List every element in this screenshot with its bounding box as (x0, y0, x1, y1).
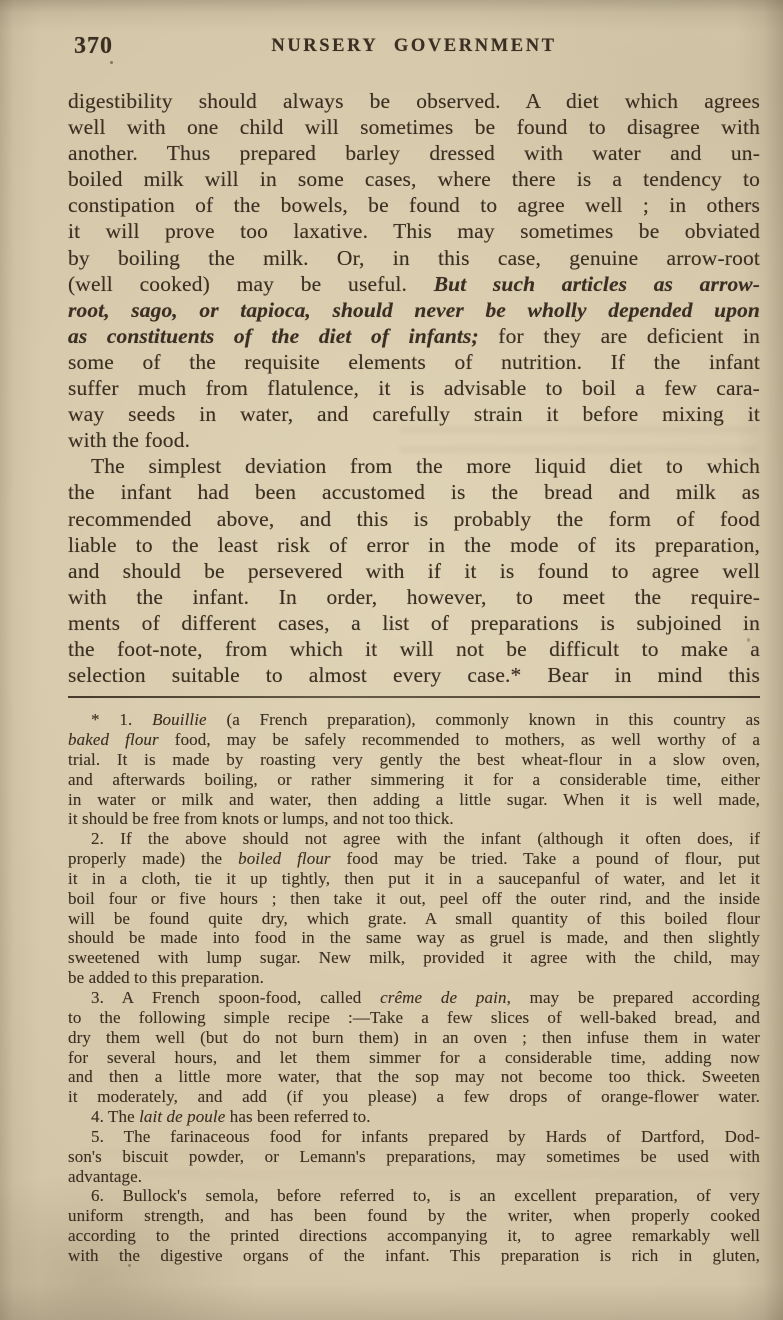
footnote-paragraph: 5. The farinaceous food for infants prep… (68, 1127, 760, 1187)
text-line: ments of different cases, a list of prep… (68, 610, 760, 636)
text-line: with the infant. In order, however, to m… (68, 584, 760, 610)
text-line: with the food. (68, 427, 760, 453)
text-line: it moderately, and add (if you please) a… (68, 1087, 760, 1107)
text-line: the infant had been accustomed is the br… (68, 479, 760, 505)
text-line: to the following simple recipe :—Take a … (68, 1008, 760, 1028)
page-header: 370 NURSERY GOVERNMENT (68, 33, 760, 60)
footnote-paragraph: * 1. Bouillie (a French preparation), co… (68, 710, 760, 829)
text-line: some of the requisite elements of nutrit… (68, 349, 760, 375)
text-line: trial. It is made by roasting very gentl… (68, 750, 760, 770)
text-line: it should be free from knots or lumps, a… (68, 809, 760, 829)
body-paragraph: digestibility should always be observed.… (68, 88, 760, 453)
text-line: * 1. Bouillie (a French preparation), co… (68, 710, 760, 730)
text-line: and then a little more water, that the s… (68, 1067, 760, 1087)
text-line: should be made into food in the same way… (68, 928, 760, 948)
text-line: root, sago, or tapioca, should never be … (68, 297, 760, 323)
text-line: dry them well (but do not burn them) in … (68, 1028, 760, 1048)
text-line: suffer much from flatulence, it is advis… (68, 375, 760, 401)
text-line: it in a cloth, tie it up tightly, then p… (68, 869, 760, 889)
text-line: uniform strength, and has been found by … (68, 1206, 760, 1226)
text-line: constipation of the bowels, be found to … (68, 192, 760, 218)
text-line: by boiling the milk. Or, in this case, g… (68, 245, 760, 271)
text-line: boil four or five hours ; then take it o… (68, 889, 760, 909)
text-line: for several hours, and let them simmer f… (68, 1048, 760, 1068)
ink-speck (747, 638, 750, 642)
text-line: digestibility should always be observed.… (68, 88, 760, 114)
book-page-scan: 370 NURSERY GOVERNMENT digestibility sho… (0, 0, 783, 1320)
body-text: digestibility should always be observed.… (68, 88, 760, 688)
text-line: 4. The lait de poule has been referred t… (68, 1107, 760, 1127)
ink-speck (110, 61, 113, 64)
running-head: NURSERY GOVERNMENT (68, 33, 760, 60)
text-line: sweetened with lump sugar. New milk, pro… (68, 948, 760, 968)
text-line: The simplest deviation from the more liq… (68, 453, 760, 479)
text-line: with the digestive organs of the infant.… (68, 1246, 760, 1266)
text-line: it will prove too laxative. This may som… (68, 218, 760, 244)
text-line: (well cooked) may be useful. But such ar… (68, 271, 760, 297)
footnote-paragraph: 6. Bullock's semola, before referred to,… (68, 1186, 760, 1265)
ink-speck (250, 97, 252, 99)
text-line: and afterwards boiling, or rather simmer… (68, 770, 760, 790)
text-line: son's biscuit powder, or Lemann's prepar… (68, 1147, 760, 1167)
text-line: recommended above, and this is probably … (68, 506, 760, 532)
footnote-paragraph: 4. The lait de poule has been referred t… (68, 1107, 760, 1127)
text-line: another. Thus prepared barley dressed wi… (68, 140, 760, 166)
body-paragraph: The simplest deviation from the more liq… (68, 453, 760, 688)
footnote-paragraph: 3. A French spoon-food, called crême de … (68, 988, 760, 1107)
page-number: 370 (74, 33, 113, 59)
text-column: 370 NURSERY GOVERNMENT digestibility sho… (68, 0, 760, 1266)
text-line: 2. If the above should not agree with th… (68, 829, 760, 849)
text-line: advantage. (68, 1167, 760, 1187)
text-line: baked flour food, may be safely recommen… (68, 730, 760, 750)
text-line: way seeds in water, and carefully strain… (68, 401, 760, 427)
footnotes-section: * 1. Bouillie (a French preparation), co… (68, 710, 760, 1266)
text-line: well with one child will sometimes be fo… (68, 114, 760, 140)
text-line: and should be persevered with if it is f… (68, 558, 760, 584)
text-line: according to the printed directions acco… (68, 1226, 760, 1246)
text-line: in water or milk and water, then adding … (68, 790, 760, 810)
text-line: properly made) the boiled flour food may… (68, 849, 760, 869)
ink-speck (128, 1264, 131, 1267)
text-line: boiled milk will in some cases, where th… (68, 166, 760, 192)
footnote-paragraph: 2. If the above should not agree with th… (68, 829, 760, 988)
text-line: as constituents of the diet of infants; … (68, 323, 760, 349)
text-line: 6. Bullock's semola, before referred to,… (68, 1186, 760, 1206)
text-line: 3. A French spoon-food, called crême de … (68, 988, 760, 1008)
footnote-divider-rule (68, 696, 760, 698)
text-line: the foot-note, from which it will not be… (68, 636, 760, 662)
text-line: be added to this preparation. (68, 968, 760, 988)
text-line: liable to the least risk of error in the… (68, 532, 760, 558)
text-line: will be found quite dry, which grate. A … (68, 909, 760, 929)
text-line: 5. The farinaceous food for infants prep… (68, 1127, 760, 1147)
text-line: selection suitable to almost every case.… (68, 662, 760, 688)
